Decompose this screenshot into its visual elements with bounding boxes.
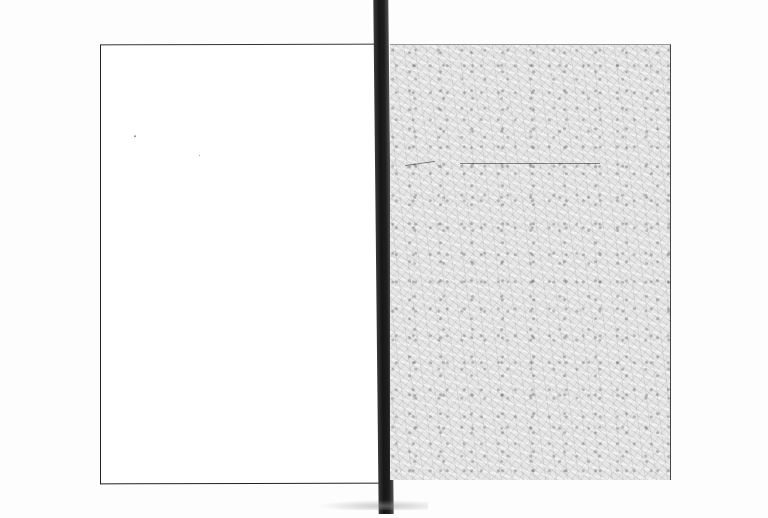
book-scan: [0, 0, 768, 518]
paper-speck: [134, 135, 136, 137]
spine-shadow: [318, 500, 428, 510]
paper-crease: [460, 163, 600, 164]
left-page-blank: [100, 44, 382, 485]
right-page-textured: [390, 44, 671, 480]
paper-crease: [405, 161, 435, 166]
paper-speck: [199, 155, 200, 156]
